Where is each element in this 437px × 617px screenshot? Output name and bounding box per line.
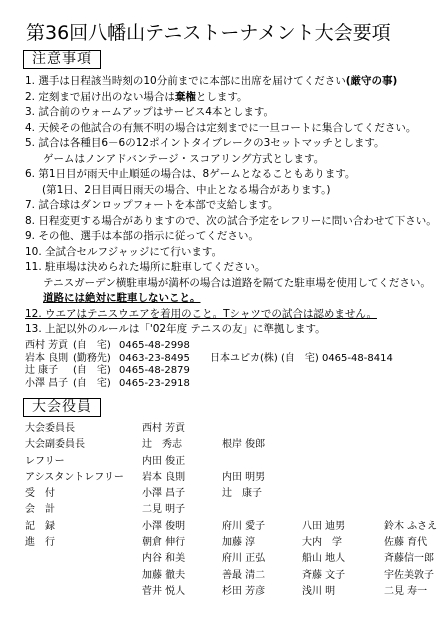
rule-item: 3. 試合前のウォームアップはサービス4本とします。 [25, 105, 435, 121]
officer-row: 大会委員長西村 芳貢 [25, 421, 437, 437]
contact-phone: 0463-23-8495 [119, 353, 190, 364]
rule-item: 10. 全試合セルフジャッジにて行います。 [25, 245, 435, 261]
rule-item: 7. 試合球はダンロップフォートを本部で支給します。 [25, 198, 435, 214]
officer-name: 杉田 芳彦 [222, 584, 302, 600]
officer-name: 八田 迪男 [302, 519, 384, 535]
contact-name: 辻 康子 [25, 365, 73, 378]
contact-row: 西村 芳貢(自 宅)0465-48-2998 [25, 340, 190, 353]
officer-name: 辻 秀志 [142, 437, 222, 453]
contact-type: (勤務先) [73, 353, 119, 366]
officer-row: 内谷 和美府川 正弘船山 地人斉藤信一郎 [25, 551, 437, 567]
officer-name: 佐藤 育代 [384, 535, 437, 551]
contact-name: 小澤 昌子 [25, 378, 73, 391]
officer-name: 二見 明子 [142, 502, 222, 518]
officer-row: レフリー内田 俊正 [25, 454, 437, 470]
officer-name: 二見 寿一 [384, 584, 437, 600]
officer-name: 大内 学 [302, 535, 384, 551]
officer-row: 記 録小澤 俊明府川 愛子八田 迪男鈴木 ふさえ [25, 519, 437, 535]
rule-text: 2. 定刻まで届け出のない場合は [25, 91, 175, 103]
officer-name: 宇佐美敦子 [384, 568, 437, 584]
rule-item: 8. 日程変更する場合がありますので、次の試合予定をレフリーに問い合わせて下さい… [25, 214, 435, 230]
rules-list: 1. 選手は日程該当時刻の10分前までに本部に出席を届けてください(厳守の事) … [25, 74, 435, 338]
contact-list: 西村 芳貢(自 宅)0465-48-2998 岩本 良則(勤務先)0463-23… [25, 340, 190, 391]
rule-item-continuation: (第1日、2日目両日雨天の場合、中止となる場合があります。) [25, 183, 435, 199]
officer-name: 加藤 淳 [222, 535, 302, 551]
contact-phone: 0465-23-2918 [119, 378, 190, 389]
notes-section-header: 注意事項 [23, 50, 101, 69]
officer-role: 会 計 [25, 502, 142, 518]
rule-emphasis: (厳守の事) [346, 75, 398, 87]
rule-item: 1. 選手は日程該当時刻の10分前までに本部に出席を届けてください(厳守の事) [25, 74, 435, 90]
officer-row: 大会副委員長辻 秀志根岸 俊郎 [25, 437, 437, 453]
rule-text: 12. ウエアはテニスウエアを着用のこと。Tシャツでの試合は認めません。 [25, 308, 377, 320]
officers-list: 大会委員長西村 芳貢 大会副委員長辻 秀志根岸 俊郎 レフリー内田 俊正 アシス… [25, 421, 437, 600]
officer-name: 内田 俊正 [142, 454, 222, 470]
rule-item: 4. 天候その他試合の有無不明の場合は定刻までに一旦コートに集合してください。 [25, 121, 435, 137]
rule-text: 1. 選手は日程該当時刻の10分前までに本部に出席を届けてください [25, 75, 346, 87]
contact-phone: 0465-48-2998 [119, 340, 190, 351]
officer-name: 小澤 俊明 [142, 519, 222, 535]
contact-phone: 0465-48-2879 [119, 365, 190, 376]
officer-role: 大会委員長 [25, 421, 142, 437]
rule-item: 11. 駐車場は決められた場所に駐車してください。 [25, 260, 435, 276]
officer-role: 受 付 [25, 486, 142, 502]
officer-row: 加藤 徹夫善最 清二斉藤 文子宇佐美敦子 [25, 568, 437, 584]
officer-name: 船山 地人 [302, 551, 384, 567]
officer-role: 大会副委員長 [25, 437, 142, 453]
officer-name: 善最 清二 [222, 568, 302, 584]
officer-name: 内谷 和美 [142, 551, 222, 567]
rule-item: 12. ウエアはテニスウエアを着用のこと。Tシャツでの試合は認めません。 [25, 307, 435, 323]
contact-extra: 日本ユピカ(株) (自 宅) 0465-48-8414 [210, 353, 393, 366]
contact-type: (自 宅) [73, 365, 119, 378]
officer-role: アシスタントレフリー [25, 470, 142, 486]
rule-item-warning: 道路には絶対に駐車しないこと。 [25, 291, 435, 307]
officer-role: レフリー [25, 454, 142, 470]
rule-item: 2. 定刻まで届け出のない場合は棄権とします。 [25, 90, 435, 106]
document-title: 第36回八幡山テニストーナメント大会要項 [26, 18, 391, 45]
officer-name: 斉藤 文子 [302, 568, 384, 584]
rule-item: 6. 第1日目が雨天中止順延の場合は、8ゲームとなることもあります。 [25, 167, 435, 183]
contact-type: (自 宅) [73, 378, 119, 391]
officer-row: 菅井 悦人杉田 芳彦浅川 明二見 寿一 [25, 584, 437, 600]
rule-emphasis: 棄権 [175, 91, 196, 103]
officer-row: 会 計二見 明子 [25, 502, 437, 518]
officer-name: 根岸 俊郎 [222, 437, 302, 453]
warning-text: 道路には絶対に駐車しないこと。 [43, 292, 201, 304]
contact-name: 岩本 良則 [25, 353, 73, 366]
officer-name: 内田 明男 [222, 470, 302, 486]
rule-item: 9. その他、選手は本部の指示に従ってください。 [25, 229, 435, 245]
officer-name: 岩本 良則 [142, 470, 222, 486]
rule-item-continuation: ゲームはノンアドバンテージ・スコアリング方式とします。 [25, 152, 435, 168]
rule-item-continuation: テニスガーデン横駐車場が満杯の場合は道路を隔てた駐車場を使用してください。 [25, 276, 435, 292]
officer-name: 辻 康子 [222, 486, 302, 502]
officer-row: アシスタントレフリー岩本 良則内田 明男 [25, 470, 437, 486]
rule-item: 5. 試合は各種目6－6の12ポイントタイブレークの3セットマッチとします。 [25, 136, 435, 152]
contact-row: 辻 康子(自 宅)0465-48-2879 [25, 365, 190, 378]
officer-name: 府川 正弘 [222, 551, 302, 567]
officer-name: 小澤 昌子 [142, 486, 222, 502]
contact-type: (自 宅) [73, 340, 119, 353]
officer-name: 浅川 明 [302, 584, 384, 600]
contact-name: 西村 芳貢 [25, 340, 73, 353]
officer-name: 西村 芳貢 [142, 421, 222, 437]
officer-row: 進 行朝倉 伸行加藤 淳大内 学佐藤 育代 [25, 535, 437, 551]
officer-name: 斉藤信一郎 [384, 551, 437, 567]
contact-row: 岩本 良則(勤務先)0463-23-8495 日本ユピカ(株) (自 宅) 04… [25, 353, 190, 366]
officer-name: 菅井 悦人 [142, 584, 222, 600]
officer-name: 加藤 徹夫 [142, 568, 222, 584]
officer-role: 進 行 [25, 535, 142, 551]
rule-text: とします。 [196, 91, 248, 103]
officer-name: 朝倉 伸行 [142, 535, 222, 551]
officer-row: 受 付小澤 昌子辻 康子 [25, 486, 437, 502]
officer-name: 鈴木 ふさえ [384, 519, 437, 535]
rule-item: 13. 上記以外のルールは「'02年度 テニスの友」に準拠します。 [25, 322, 435, 338]
officer-role: 記 録 [25, 519, 142, 535]
officer-name: 府川 愛子 [222, 519, 302, 535]
contact-row: 小澤 昌子(自 宅)0465-23-2918 [25, 378, 190, 391]
officers-section-header: 大会役員 [23, 398, 101, 417]
